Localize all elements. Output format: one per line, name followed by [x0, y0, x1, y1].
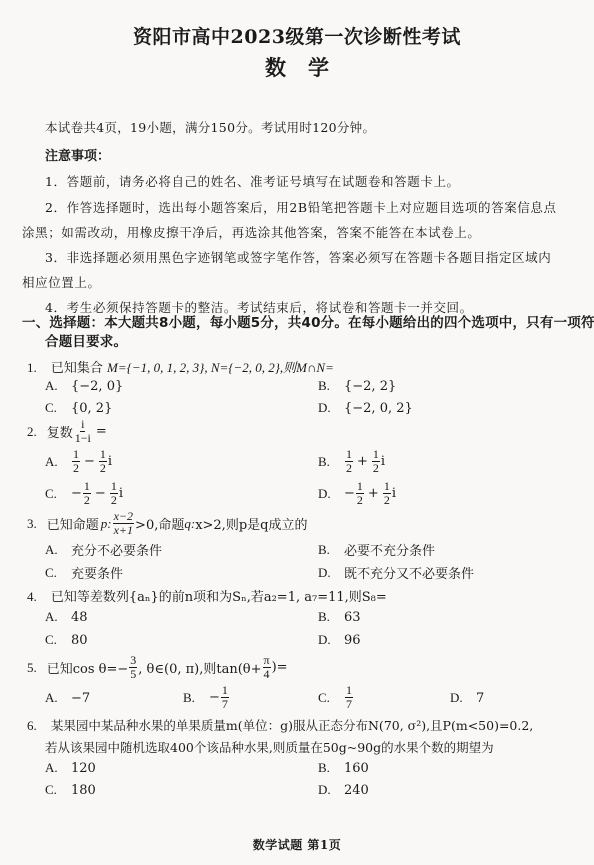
- section-heading: 一、选择题：本大题共8小题，每小题5分，共40分。在每小题给出的四个选项中，只有…: [22, 311, 594, 331]
- exam-title: 资阳市高中2023级第一次诊断性考试: [0, 22, 594, 49]
- question-number: 5.: [27, 660, 37, 676]
- intro-text: 本试卷共4页，19小题，满分150分。考试用时120分钟。: [45, 118, 375, 136]
- notice-item-2-cont: 涂黑；如需改动，用橡皮擦干净后，再选涂其他答案，答案不能答在本试卷上。: [22, 223, 481, 241]
- option-5c[interactable]: C.17: [318, 684, 354, 711]
- option-4a[interactable]: A.48: [45, 609, 88, 625]
- option-3a[interactable]: A.充分不必要条件: [45, 540, 162, 559]
- exam-page: 资阳市高中2023级第一次诊断性考试 数学 本试卷共4页，19小题，满分150分…: [0, 0, 594, 865]
- notice-heading: 注意事项：: [45, 145, 110, 164]
- question-number: 4.: [27, 589, 37, 604]
- question-6: 6. 某果园中某品种水果的单果质量m(单位：g)服从正态分布N(70, σ²),…: [27, 716, 533, 734]
- question-1: 1. 已知集合 M={−1, 0, 1, 2, 3}, N={−2, 0, 2}…: [27, 357, 334, 376]
- option-2b[interactable]: B. 12 + 12 i: [318, 448, 385, 475]
- option-2c[interactable]: C. − 12 − 12 i: [45, 480, 123, 507]
- question-stem-prefix: 复数: [47, 422, 73, 441]
- option-1d[interactable]: D.{−2, 0, 2}: [318, 400, 413, 416]
- question-2: 2. 复数 i1−i =: [27, 418, 107, 445]
- notice-item-2: 2．作答选择题时，选出每小题答案后，用2B铅笔把答题卡上对应题目选项的答案信息点: [45, 198, 557, 216]
- option-4b[interactable]: B.63: [318, 609, 361, 625]
- option-2a[interactable]: A. 12 − 12 i: [45, 448, 112, 475]
- option-1c[interactable]: C.{0, 2}: [45, 400, 112, 416]
- option-5a[interactable]: A.−7: [45, 690, 90, 706]
- option-1a[interactable]: A.{−2, 0}: [45, 378, 123, 394]
- option-5b[interactable]: B.−17: [183, 684, 230, 711]
- fraction: i1−i: [74, 418, 92, 445]
- question-number: 2.: [27, 424, 37, 440]
- option-6c[interactable]: C.180: [45, 782, 96, 798]
- option-2d[interactable]: D. − 12 + 12 i: [318, 480, 396, 507]
- question-stem: M={−1, 0, 1, 2, 3}, N={−2, 0, 2},则M∩N=: [107, 360, 334, 375]
- question-stem-prefix: 已知集合: [51, 361, 103, 376]
- question-stem-line1: 某果园中某品种水果的单果质量m(单位：g)服从正态分布N(70, σ²),且P(…: [51, 718, 533, 733]
- question-number: 3.: [27, 516, 37, 532]
- question-3: 3. 已知命题 p: x−2x+1 >0,命题 q: x>2,则p是q成立的: [27, 510, 307, 537]
- section-heading-line2: 合题目要求。: [45, 330, 127, 350]
- notice-item-3-cont: 相应位置上。: [22, 273, 101, 291]
- option-5d[interactable]: D.7: [450, 690, 484, 706]
- section-heading-line1: 一、选择题：本大题共8小题，每小题5分，共40分。在每小题给出的四个选项中，只有…: [22, 315, 594, 331]
- notice-item-1: 1．答题前，请务必将自己的姓名、准考证号填写在试题卷和答题卡上。: [45, 172, 460, 190]
- notice-item-3: 3．非选择题必须用黑色字迹钢笔或签字笔作答，答案必须写在答题卡各题目指定区域内: [45, 248, 551, 266]
- option-3d[interactable]: D.既不充分又不必要条件: [318, 563, 474, 582]
- question-4: 4. 已知等差数列{aₙ}的前n项和为Sₙ,若a₂=1, a₇=11,则S₈=: [27, 586, 387, 605]
- question-number: 1.: [27, 360, 37, 375]
- exam-subject: 数学: [0, 52, 594, 82]
- option-6a[interactable]: A.120: [45, 760, 96, 776]
- option-4d[interactable]: D.96: [318, 632, 361, 648]
- option-1b[interactable]: B.{−2, 2}: [318, 378, 396, 394]
- question-5: 5. 已知cos θ=− 35 , θ∈(0, π),则tan(θ+ π4 )=: [27, 654, 288, 681]
- page-footer: 数学试题 第1页: [0, 836, 594, 853]
- option-6b[interactable]: B.160: [318, 760, 369, 776]
- question-number: 6.: [27, 718, 37, 733]
- option-6d[interactable]: D.240: [318, 782, 369, 798]
- option-3c[interactable]: C.充要条件: [45, 563, 123, 582]
- question-stem: 已知等差数列{aₙ}的前n项和为Sₙ,若a₂=1, a₇=11,则S₈=: [51, 590, 387, 605]
- question-6-line2: 若从该果园中随机选取400个该品种水果,则质量在50g~90g的水果个数的期望为: [45, 738, 494, 756]
- option-4c[interactable]: C.80: [45, 632, 88, 648]
- option-3b[interactable]: B.必要不充分条件: [318, 540, 435, 559]
